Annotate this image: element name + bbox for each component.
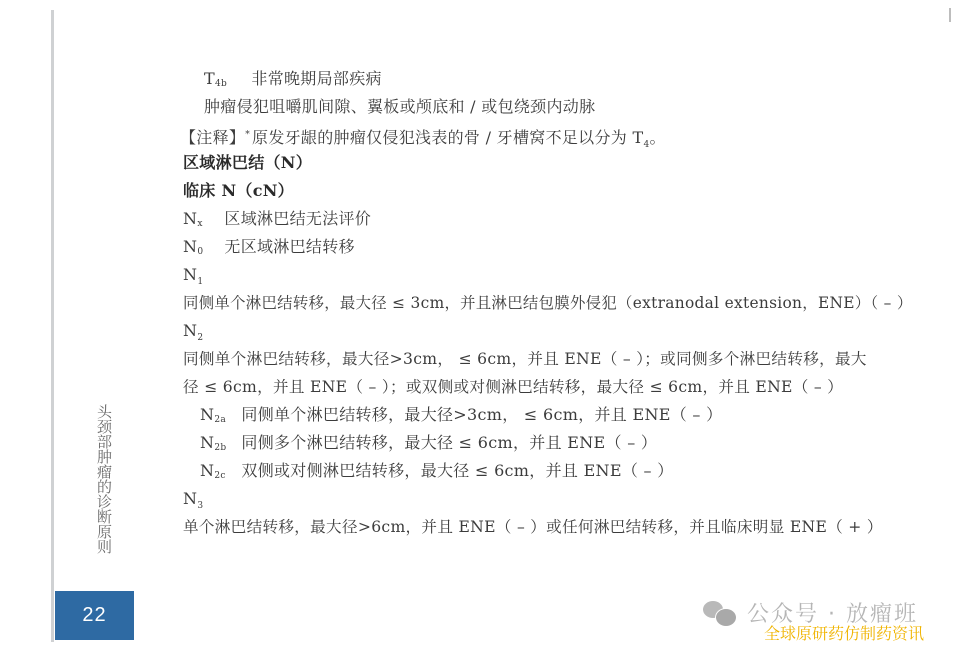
note-suffix: 。 — [649, 128, 665, 147]
stage-n2-detail-line-1: 同侧单个淋巴结转移，最大径>3cm， ≤ 6cm，并且 ENE（ – ）；或同侧… — [183, 349, 867, 369]
page-number-box: 22 — [55, 591, 134, 640]
stage-code-sub: 2b — [214, 443, 226, 453]
stage-description: 区域淋巴结无法评价 — [224, 209, 371, 228]
stage-code-letter: N — [200, 433, 214, 452]
stage-t4b-detail: 肿瘤侵犯咀嚼肌间隙、翼板或颅底和 / 或包绕颈内动脉 — [204, 97, 595, 117]
stage-code-sub: 1 — [197, 277, 203, 287]
stage-code: Nx — [183, 209, 219, 234]
stage-code-sub: x — [197, 219, 202, 229]
stage-code: N2a — [200, 405, 236, 430]
stage-code-sub: 3 — [197, 501, 203, 511]
stage-code-sub: 2c — [214, 471, 225, 481]
note-line: 【注释】*原发牙龈的肿瘤仅侵犯浅表的骨 / 牙槽窝不足以分为 T4。 — [180, 125, 666, 155]
stage-code-sub: 0 — [197, 247, 203, 257]
note-text: 原发牙龈的肿瘤仅侵犯浅表的骨 / 牙槽窝不足以分为 T — [252, 128, 643, 147]
stage-code: N0 — [183, 237, 219, 262]
page-corner-mark — [949, 8, 951, 22]
stage-n3: N3 — [183, 489, 203, 516]
page-number: 22 — [82, 604, 106, 627]
stage-code-letter: N — [200, 461, 214, 480]
stage-code-letter: N — [183, 265, 197, 284]
footnote-star: * — [245, 130, 250, 140]
stage-code-letter: N — [183, 321, 197, 340]
watermark-subtitle: 全球原研药仿制药资讯 — [764, 621, 924, 644]
stage-n2a: N2a 同侧单个淋巴结转移，最大径>3cm， ≤ 6cm，并且 ENE（ – ） — [200, 405, 722, 430]
stage-description: 双侧或对侧淋巴结转移，最大径 ≤ 6cm，并且 ENE（ – ） — [241, 461, 673, 480]
stage-n2: N2 — [183, 321, 203, 348]
stage-nx: Nx 区域淋巴结无法评价 — [183, 209, 371, 234]
stage-t4b: T4b 非常晚期局部疾病 — [204, 69, 382, 94]
stage-code-letter: N — [183, 237, 197, 256]
stage-n2b: N2b 同侧多个淋巴结转移，最大径 ≤ 6cm，并且 ENE（ – ） — [200, 433, 657, 458]
stage-n1-detail: 同侧单个淋巴结转移，最大径 ≤ 3cm，并且淋巴结包膜外侵犯（extranoda… — [183, 293, 913, 313]
chapter-side-title: 头颈部肿瘤的诊断原则 — [94, 404, 112, 554]
stage-n1: N1 — [183, 265, 203, 292]
stage-code: N2b — [200, 433, 236, 458]
note-label: 【注释】 — [180, 128, 245, 147]
page-edge — [51, 10, 54, 642]
stage-n3-detail: 单个淋巴结转移，最大径>6cm，并且 ENE（ – ）或任何淋巴结转移，并且临床… — [183, 517, 883, 537]
stage-code-sub: 2 — [197, 333, 203, 343]
stage-n2c: N2c 双侧或对侧淋巴结转移，最大径 ≤ 6cm，并且 ENE（ – ） — [200, 461, 674, 486]
stage-description: 非常晚期局部疾病 — [251, 69, 381, 88]
stage-code-letter: N — [183, 209, 197, 228]
stage-code-letter: N — [183, 489, 197, 508]
stage-n0: N0 无区域淋巴结转移 — [183, 237, 355, 262]
stage-n2-detail-line-2: 径 ≤ 6cm，并且 ENE（ – ）；或双侧或对侧淋巴结转移，最大径 ≤ 6c… — [183, 377, 843, 397]
stage-code: T4b — [204, 69, 246, 94]
stage-code-sub: 2a — [214, 415, 226, 425]
stage-description: 同侧单个淋巴结转移，最大径>3cm， ≤ 6cm，并且 ENE（ – ） — [241, 405, 722, 424]
stage-description: 无区域淋巴结转移 — [224, 237, 354, 256]
wechat-icon — [703, 601, 737, 625]
stage-code-sub: 4b — [215, 79, 227, 89]
stage-code-letter: T — [204, 69, 215, 88]
section-heading-regional-nodes: 区域淋巴结（N） — [183, 153, 312, 173]
stage-code-letter: N — [200, 405, 214, 424]
section-heading-clinical-n: 临床 N（cN） — [183, 181, 294, 201]
stage-code: N2c — [200, 461, 236, 486]
stage-description: 同侧多个淋巴结转移，最大径 ≤ 6cm，并且 ENE（ – ） — [241, 433, 657, 452]
